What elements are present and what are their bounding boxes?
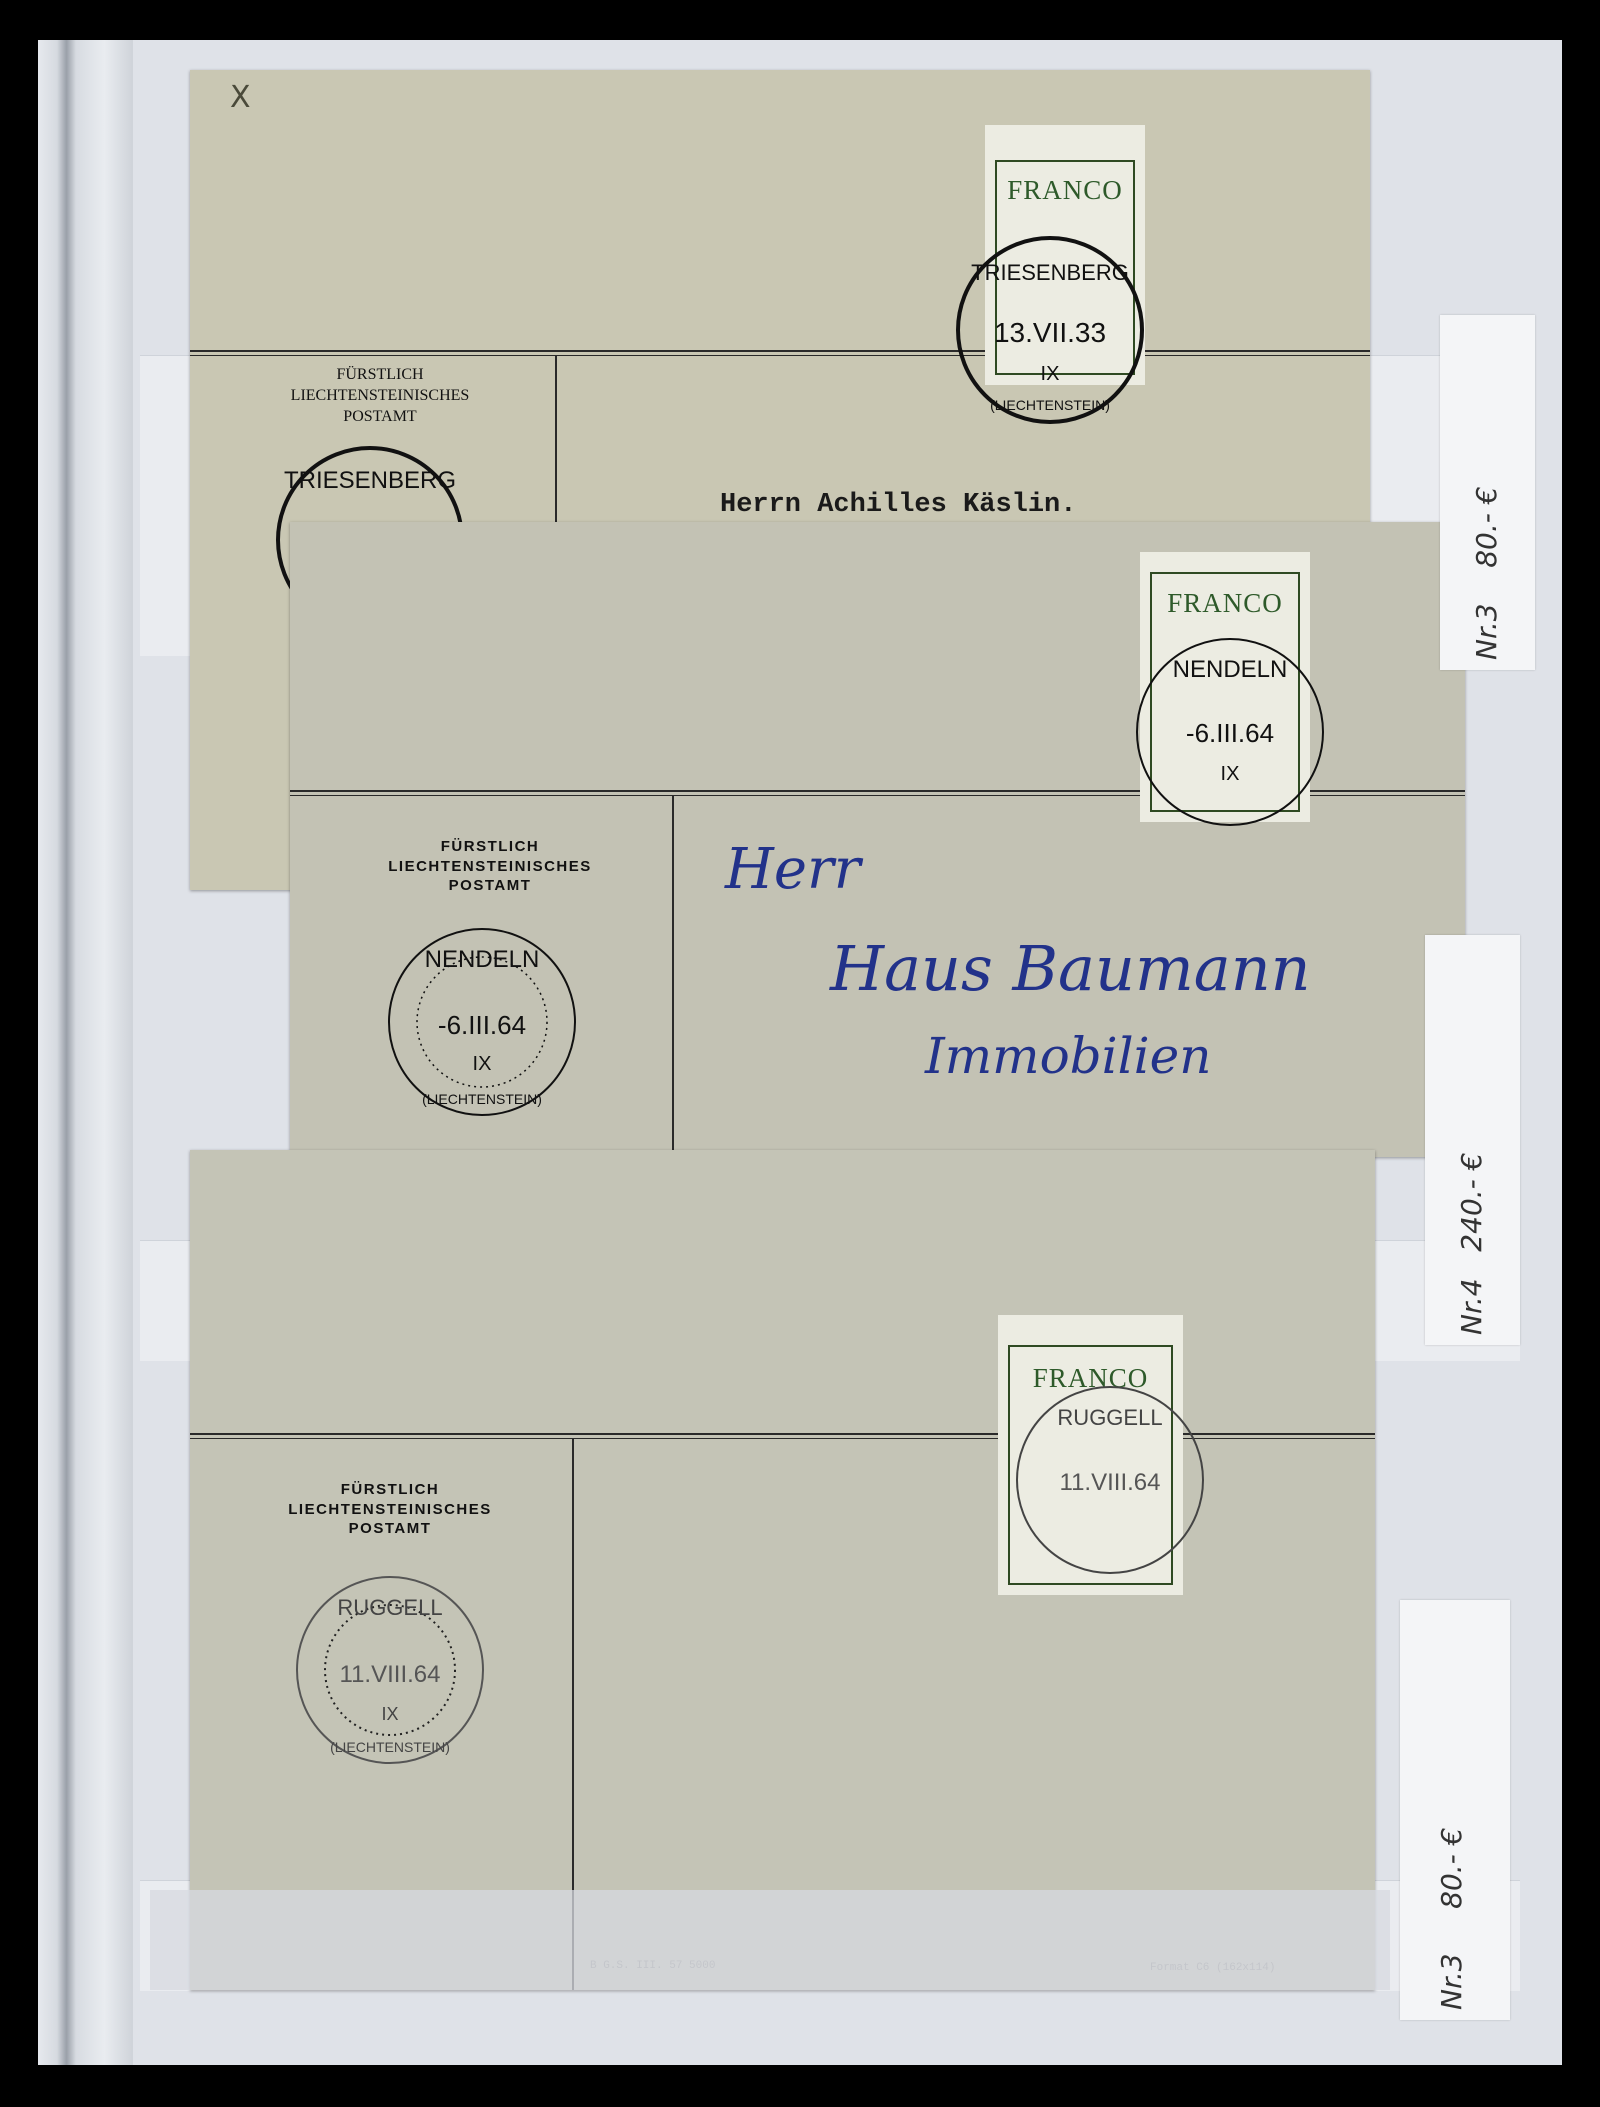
svg-text:NENDELN: NENDELN [1173,656,1288,683]
price-label: Nr.4 240.- € [1425,935,1520,1345]
svg-text:13.VII.33: 13.VII.33 [994,317,1106,348]
svg-text:(LIECHTENSTEIN): (LIECHTENSTEIN) [330,1739,450,1755]
album-spine [38,40,133,2065]
price: 80.- € [1435,1828,1468,1909]
stock-strip-sleeve [150,1890,1390,1990]
cover-ruggell: FÜRSTLICH LIECHTENSTEINISCHES POSTAMT RU… [190,1150,1375,1990]
postmark-icon: TRIESENBERG 13.VII.33 IX (LIECHTENSTEIN) [950,230,1150,430]
handwritten-address: Immobilien [925,1027,1211,1085]
cover-nendeln: FÜRSTLICH LIECHTENSTEINISCHES POSTAMT NE… [290,522,1465,1157]
sender-imprint: FÜRSTLICH LIECHTENSTEINISCHES POSTAMT [230,1480,550,1539]
price: 240.- € [1455,1153,1488,1252]
svg-text:IX: IX [473,1053,492,1075]
price: 80.- € [1470,486,1503,567]
svg-text:11.VIII.64: 11.VIII.64 [340,1661,441,1688]
price-label: Nr.3 80.- € [1400,1600,1510,2020]
svg-text:IX: IX [1221,763,1240,785]
typed-address: Herrn Achilles Käslin. [720,490,1076,520]
postmark-icon: NENDELN -6.III.64 IX (LIECHTENSTEIN) [382,922,582,1122]
catalog-number: Nr.4 [1455,1278,1488,1335]
sender-imprint: FÜRSTLICH LIECHTENSTEINISCHES POSTAMT [230,365,530,427]
catalog-number: Nr.3 [1470,603,1503,660]
handwritten-address: Haus Baumann [830,932,1311,1005]
svg-text:-6.III.64: -6.III.64 [1186,718,1274,748]
postmark-icon: NENDELN -6.III.64 IX [1130,632,1330,832]
svg-text:RUGGELL: RUGGELL [337,1595,442,1620]
postmark-icon: RUGGELL 11.VIII.64 [1010,1380,1210,1580]
sender-imprint: FÜRSTLICH LIECHTENSTEINISCHES POSTAMT [330,837,650,896]
svg-text:IX: IX [381,1704,398,1724]
svg-text:TRIESENBERG: TRIESENBERG [971,260,1129,285]
handwritten-address: Herr [725,837,861,902]
svg-text:RUGGELL: RUGGELL [1057,1405,1162,1430]
price-label: Nr.3 80.- € [1440,315,1535,670]
svg-text:(LIECHTENSTEIN): (LIECHTENSTEIN) [422,1091,542,1107]
divider-line [672,795,674,1157]
catalog-number: Nr.3 [1435,1953,1468,2010]
divider-line [190,350,1370,356]
svg-text:-6.III.64: -6.III.64 [438,1010,526,1040]
svg-text:IX: IX [1041,363,1060,385]
svg-text:TRIESENBERG: TRIESENBERG [284,467,456,494]
postmark-icon: RUGGELL 11.VIII.64 IX (LIECHTENSTEIN) [290,1570,490,1770]
svg-text:NENDELN: NENDELN [425,946,540,973]
svg-text:(LIECHTENSTEIN): (LIECHTENSTEIN) [990,397,1110,413]
pencil-mark: X [230,80,251,115]
svg-text:11.VIII.64: 11.VIII.64 [1060,1469,1161,1496]
